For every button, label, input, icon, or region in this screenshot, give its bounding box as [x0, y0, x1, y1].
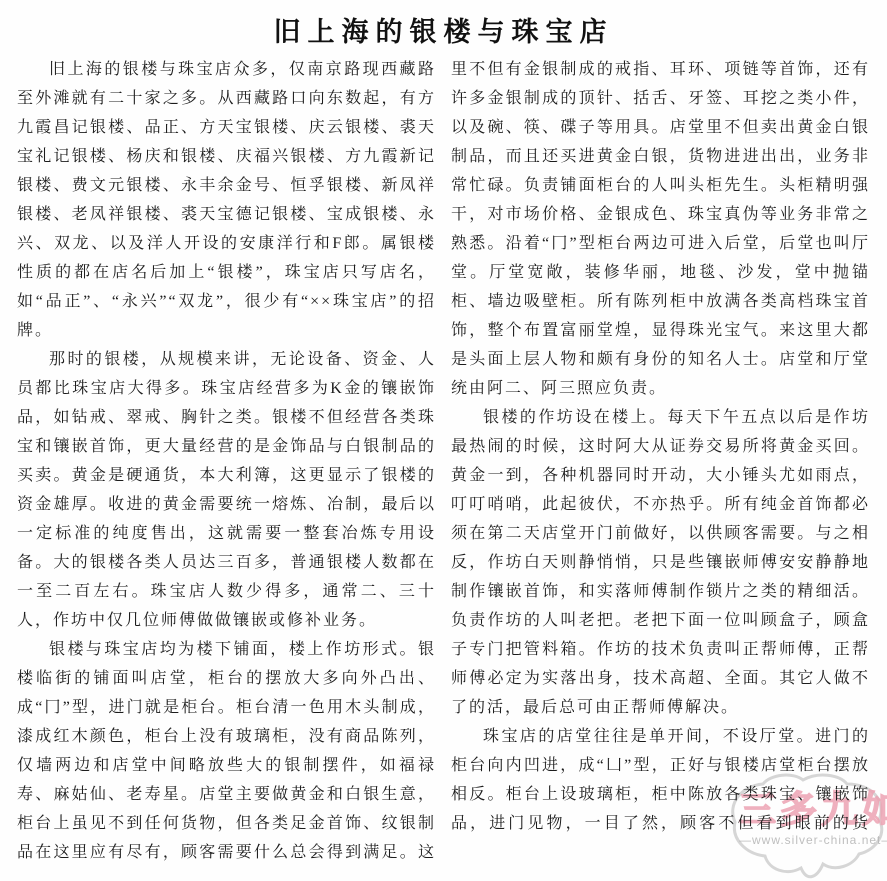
document-page: 旧上海的银楼与珠宝店 旧上海的银楼与珠宝店众多，仅南京路现西藏路至外滩就有二十家…: [0, 0, 887, 881]
paragraph-1: 旧上海的银楼与珠宝店众多，仅南京路现西藏路至外滩就有二十家之多。从西藏路口向东数…: [17, 55, 436, 345]
page-title: 旧上海的银楼与珠宝店: [0, 10, 887, 49]
paragraph-4: 银楼的作坊设在楼上。每天下午五点以后是作坊最热闹的时候，这时阿大从证券交易所将黄…: [451, 403, 870, 722]
article-body: 旧上海的银楼与珠宝店众多，仅南京路现西藏路至外滩就有二十家之多。从西藏路口向东数…: [17, 55, 870, 873]
paragraph-2: 那时的银楼，从规模来讲，无论设备、资金、人员都比珠宝店大得多。珠宝店经营多为K金…: [17, 345, 436, 635]
